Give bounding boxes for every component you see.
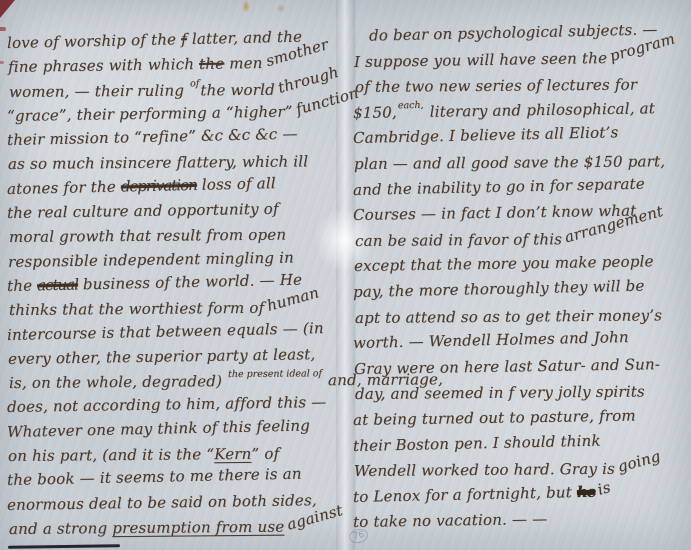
handwriting-segment: thinks that the worthiest form of [9,299,269,319]
handwriting-segment: women, — their ruling [9,81,189,101]
red-edge-mark [0,61,4,64]
handwriting-segment: the world [200,80,280,99]
red-edge-mark [0,27,6,31]
bottom-edge-line [8,544,120,549]
handwriting-scrib-segment: actual [37,275,78,294]
letter-page-right: do bear on psychological subjects. —I su… [353,24,687,536]
handwriting-segment: atones for the [7,177,121,197]
handwriting-segment: enormous deal to be said on both sides, [7,491,317,514]
handwriting-segment: moral growth that result from open [9,226,286,246]
handwriting-segment: Whatever one may think of this feeling [7,416,310,441]
handwriting-segment: can be said in favor of this [355,230,567,250]
handwriting-segment: loss of all [197,174,276,194]
handwriting-segment: to take no vacation. — — [353,510,548,531]
handwriting-segment: every other, the superior party at least… [8,345,316,368]
handwriting-segment: and the inability to go in for separate [353,174,645,198]
handwritten-line: Cambridge. I believe its all Eliot’s [353,119,687,152]
handwriting-segment: of the two new series of lectures for [355,76,637,96]
handwriting-segment: except that the more you make people [354,253,654,276]
handwriting-segment: their mission to “refine” &c &c &c — [7,125,298,149]
handwriting-segment: the [7,276,38,295]
handwritten-line: and a strong presumption from use agains… [9,514,341,541]
handwriting-segment: I suppose you will have seen the [354,49,612,71]
handwriting-segment: and a strong [9,519,112,538]
stain-mark [276,4,286,13]
handwriting-segment: business of the world. — He [78,271,303,294]
handwriting-u-segment: Kern [214,445,251,463]
handwriting-blot-segment: he [577,482,596,500]
handwriting-segment: “grace”, their performing a “higher” [7,102,298,125]
handwritten-line: the real culture and opportunity of [7,196,341,226]
handwriting-segment: literary and philosophical, at [425,99,656,121]
handwriting-segment: the book — it seems to me there is an [7,465,302,489]
letter-sheet: 76 love of worship of the f latter, and … [0,0,691,550]
handwriting-segment: at being turned out to pasture, from [353,406,636,428]
red-corner-mark [0,0,15,18]
handwritten-line: every other, the superior party at least… [8,342,341,372]
handwriting-segment: love of worship of the [7,30,182,52]
handwriting-segment: apt to attend so as to get their money’s [355,306,662,327]
letter-page-left: love of worship of the f latter, and the… [7,31,341,541]
handwriting-segment: plan — and all good save the $150 part, [354,152,665,173]
handwritten-line: to take no vacation. — — [353,505,687,536]
handwriting-segment: day, and seemed in f very jolly spirits [355,383,645,404]
handwriting-segment: fine phrases with which [8,55,199,76]
handwriting-segment: Wendell worked too hard. Gray is [354,460,620,480]
handwritten-line: I suppose you will have seen the program [354,44,687,75]
handwriting-segment: to Lenox for a fortnight, but [353,483,577,506]
handwriting-segment: men [224,54,268,73]
handwriting-sup-segment: the present ideal of [228,368,322,380]
handwritten-line: Gray were on here last Satur- and Sun- [354,351,687,382]
handwriting-sup-segment: of [190,78,199,89]
handwriting-segment: worth. — Wendell Holmes and John [353,328,629,352]
handwriting-sup-segment: each, [398,100,424,111]
handwriting-segment: intercourse is that between equals — (in [7,319,324,344]
handwriting-segment: ” of [251,445,279,463]
handwriting-scrib-segment: deprivation [121,176,197,196]
handwriting-segment: Gray were on here last Satur- and Sun- [354,355,660,378]
handwriting-segment: pay, the more thoroughly they will be [353,277,645,301]
handwriting-segment: does, not according to him, afford this … [7,393,327,416]
handwriting-segment: on his part, (and it is the “ [8,445,214,465]
stain-mark [242,0,250,13]
handwriting-segment: their Boston pen. I should think [353,431,601,454]
handwriting-segment: is, on the whole, degraded) [9,372,227,392]
handwriting-u-segment: presumption from use [112,518,284,538]
handwriting-segment: $150, [353,103,397,122]
handwriting-strike-segment: the [199,55,224,73]
handwriting-segment: responsible independent mingling in [8,248,294,270]
handwriting-segment: Cambridge. I believe its all Eliot’s [353,124,619,148]
handwriting-segment: the real culture and opportunity of [7,200,279,222]
handwriting-segment: do bear on psychological subjects. — [369,20,658,44]
